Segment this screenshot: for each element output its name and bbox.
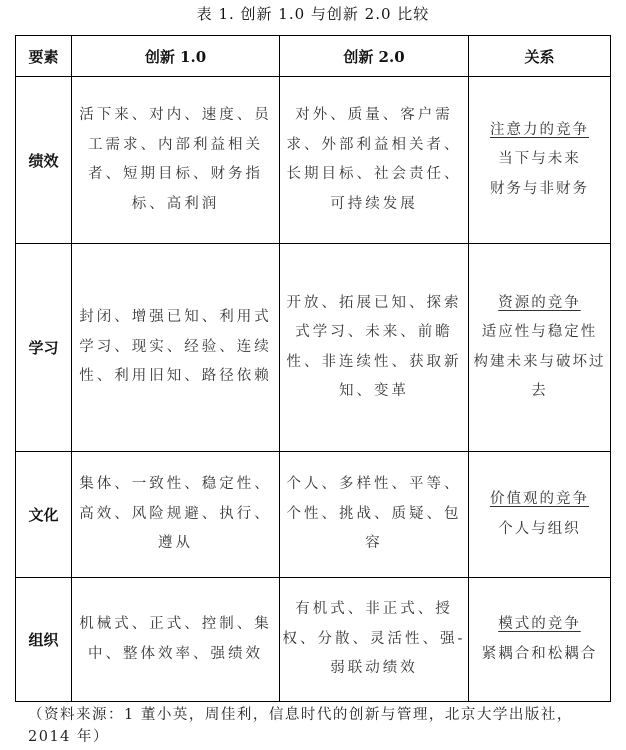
- innovation-1-cell: 机械式、正式、控制、集中、整体效率、强绩效: [72, 578, 280, 702]
- header-innovation-2: 创新 2.0: [280, 36, 469, 77]
- header-element: 要素: [16, 36, 72, 77]
- innovation-1-cell: 封闭、增强已知、利用式学习、现实、经验、连续性、利用旧知、路径依赖: [72, 244, 280, 452]
- relation-heading: 注意力的竞争: [469, 116, 610, 146]
- table-row: 组织 机械式、正式、控制、集中、整体效率、强绩效 有机式、非正式、授权、分散、灵…: [16, 578, 611, 702]
- relation-line: 当下与未来: [469, 145, 610, 175]
- header-relation: 关系: [469, 36, 611, 77]
- header-innovation-1: 创新 1.0: [72, 36, 280, 77]
- table-header-row: 要素 创新 1.0 创新 2.0 关系: [16, 36, 611, 77]
- comparison-table: 要素 创新 1.0 创新 2.0 关系 绩效 活下来、对内、速度、员工需求、内部…: [15, 35, 611, 702]
- innovation-1-cell: 集体、一致性、稳定性、高效、风险规避、执行、遵从: [72, 452, 280, 578]
- element-cell: 组织: [16, 578, 72, 702]
- table-row: 学习 封闭、增强已知、利用式学习、现实、经验、连续性、利用旧知、路径依赖 开放、…: [16, 244, 611, 452]
- relation-line: 适应性与稳定性: [469, 318, 610, 348]
- element-cell: 学习: [16, 244, 72, 452]
- innovation-2-cell: 开放、拓展已知、探索式学习、未来、前瞻性、非连续性、获取新知、变革: [280, 244, 469, 452]
- element-cell: 绩效: [16, 77, 72, 244]
- innovation-2-cell: 个人、多样性、平等、个性、挑战、质疑、包容: [280, 452, 469, 578]
- innovation-2-cell: 对外、质量、客户需求、外部利益相关者、长期目标、社会责任、可持续发展: [280, 77, 469, 244]
- relation-line: 个人与组织: [469, 515, 610, 545]
- relation-line: 财务与非财务: [469, 175, 610, 205]
- relation-cell: 资源的竞争 适应性与稳定性 构建未来与破坏过去: [469, 244, 611, 452]
- table-row: 绩效 活下来、对内、速度、员工需求、内部利益相关者、短期目标、财务指标、高利润 …: [16, 77, 611, 244]
- relation-cell: 价值观的竞争 个人与组织: [469, 452, 611, 578]
- element-cell: 文化: [16, 452, 72, 578]
- innovation-2-cell: 有机式、非正式、授权、分散、灵活性、强-弱联动绩效: [280, 578, 469, 702]
- source-note: （资料来源：1 董小英，周佳利，信息时代的创新与管理，北京大学出版社，2014 …: [28, 704, 598, 748]
- relation-cell: 注意力的竞争 当下与未来 财务与非财务: [469, 77, 611, 244]
- relation-cell: 模式的竞争 紧耦合和松耦合: [469, 578, 611, 702]
- table-caption: 表 1. 创新 1.0 与创新 2.0 比较: [0, 4, 626, 24]
- innovation-1-cell: 活下来、对内、速度、员工需求、内部利益相关者、短期目标、财务指标、高利润: [72, 77, 280, 244]
- relation-heading: 资源的竞争: [469, 289, 610, 319]
- relation-line: 构建未来与破坏过去: [469, 348, 610, 407]
- relation-heading: 价值观的竞争: [469, 485, 610, 515]
- table-row: 文化 集体、一致性、稳定性、高效、风险规避、执行、遵从 个人、多样性、平等、个性…: [16, 452, 611, 578]
- relation-line: 紧耦合和松耦合: [469, 640, 610, 670]
- relation-heading: 模式的竞争: [469, 610, 610, 640]
